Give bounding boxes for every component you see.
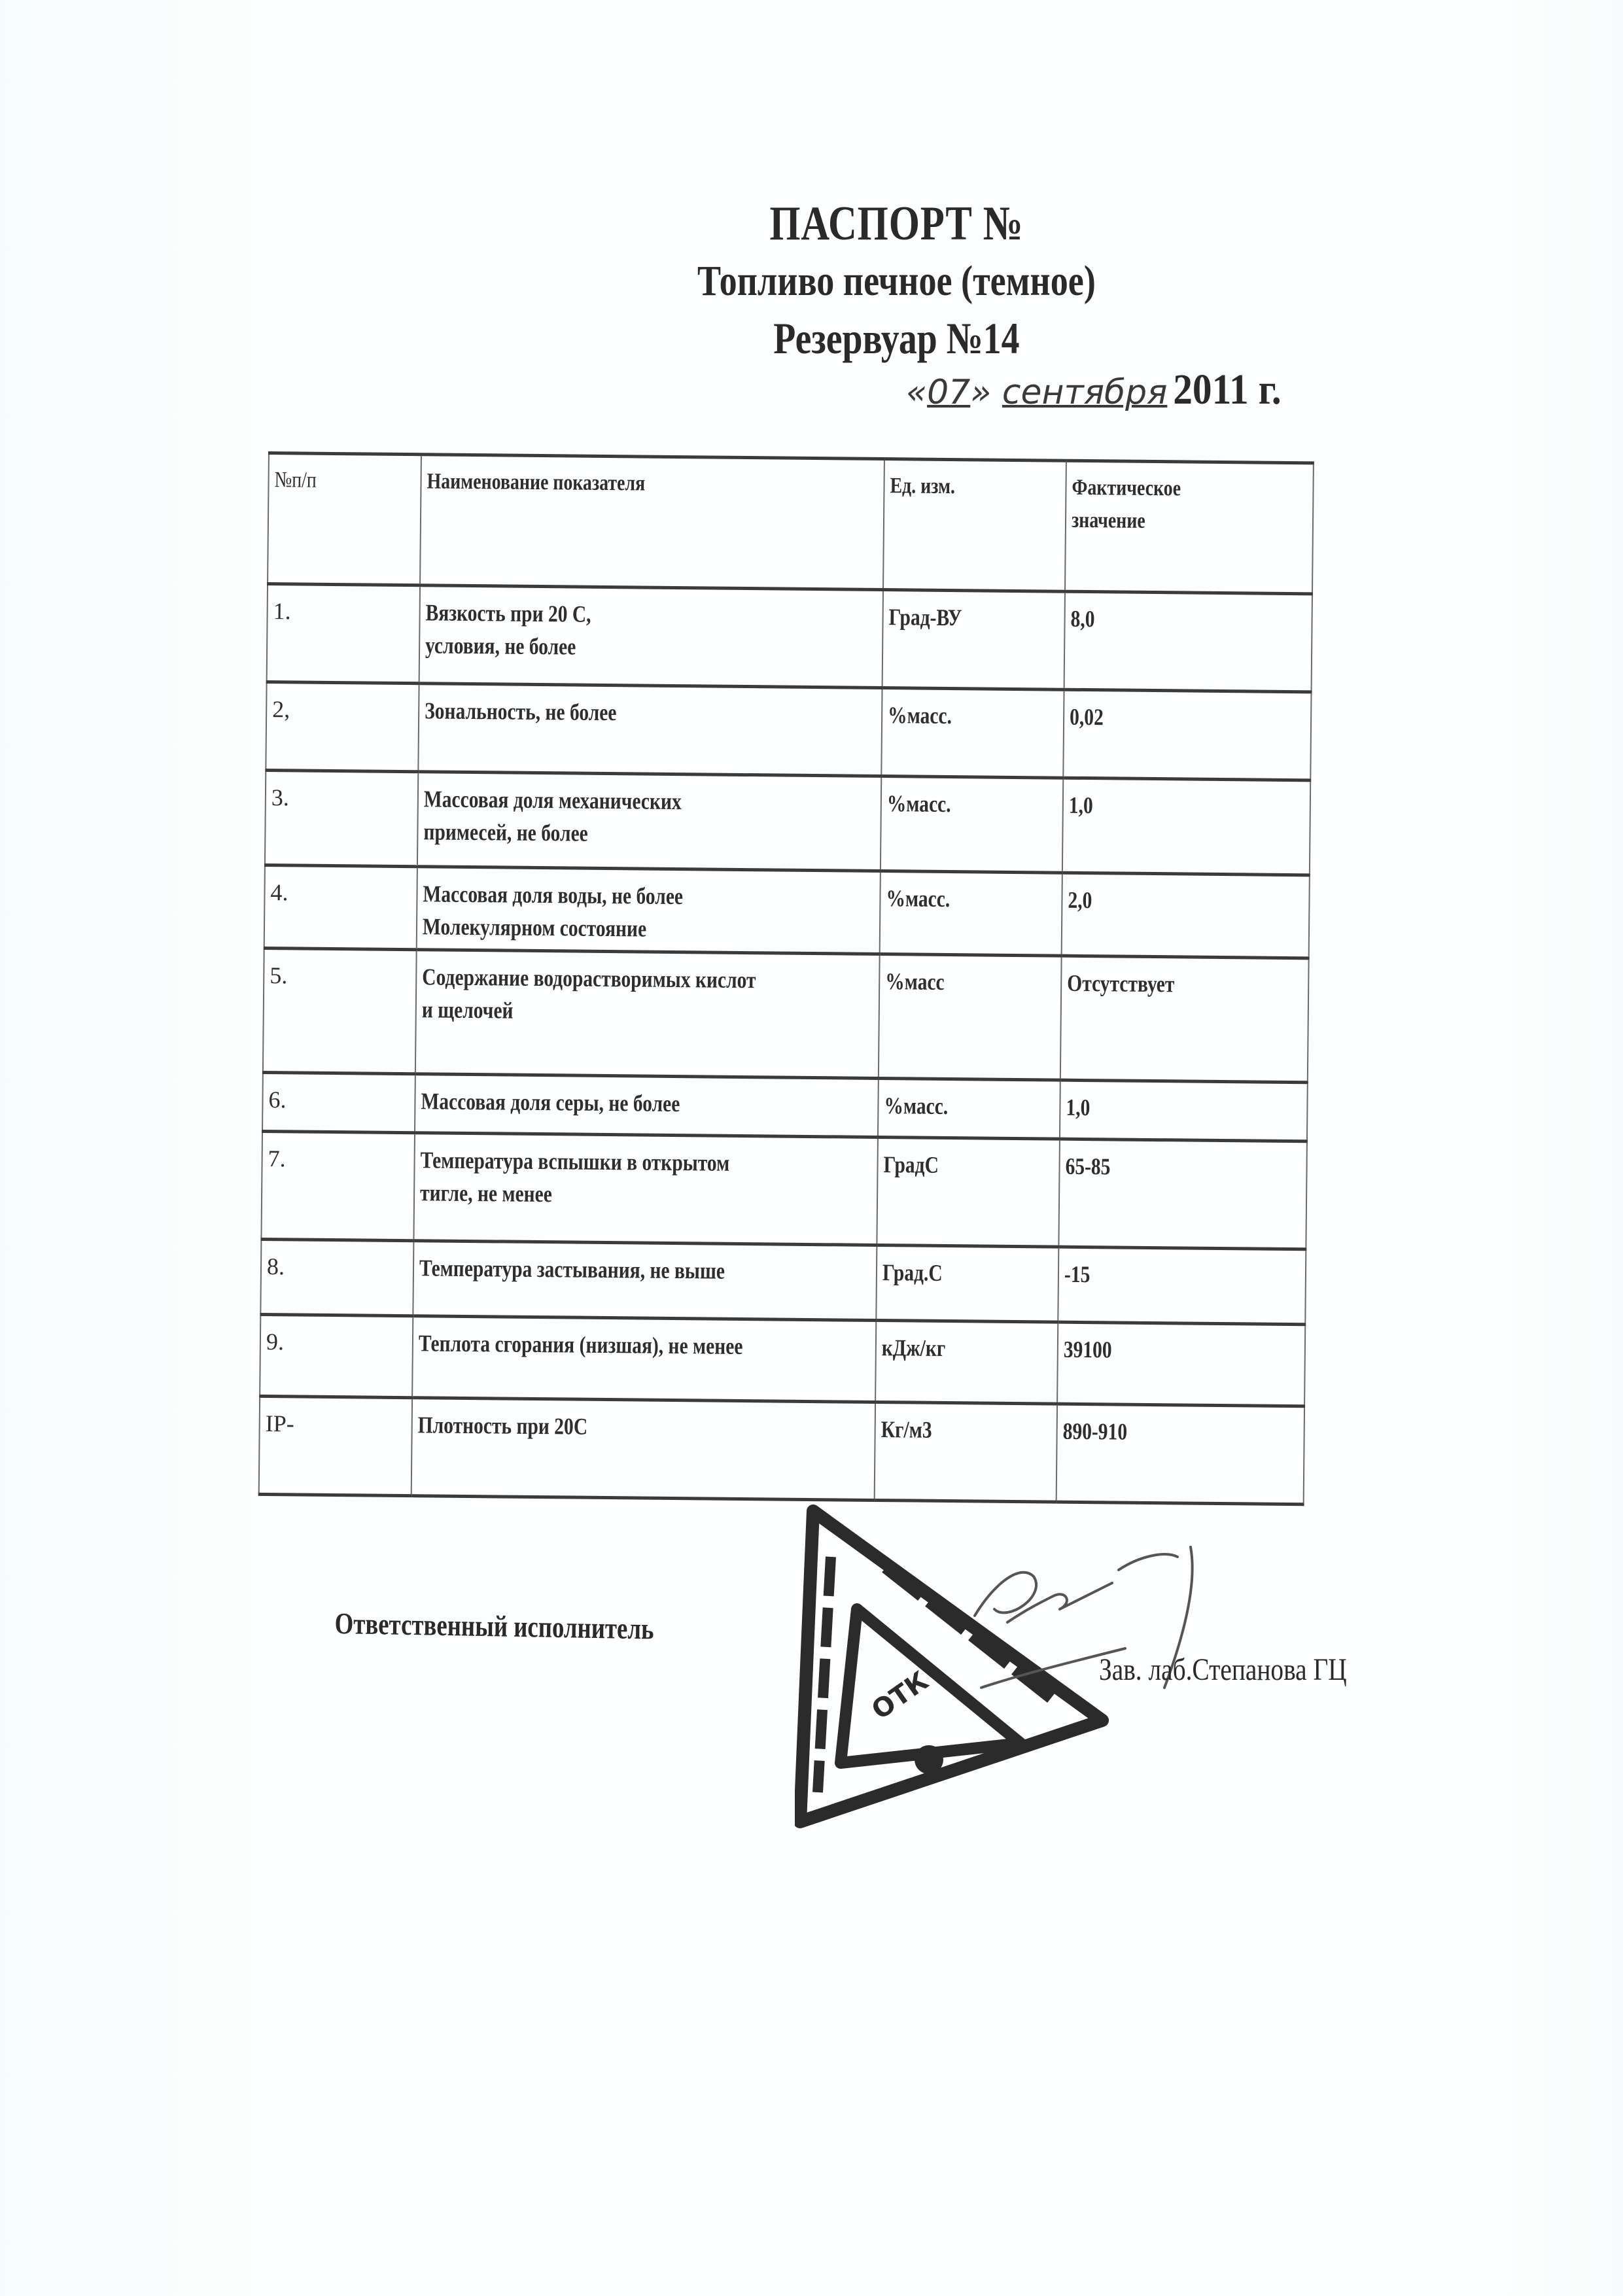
table-row: 6.Массовая доля серы, не более%масс.1,0 bbox=[262, 1072, 1308, 1141]
parameter-name: Зональность, не более bbox=[418, 684, 882, 776]
scanned-page: ПАСПОРТ № Топливо печное (темное) Резерв… bbox=[0, 0, 1623, 2296]
date-year: 2011 г. bbox=[1174, 365, 1282, 415]
parameter-name: Массовая доля воды, не болееМолекулярном… bbox=[417, 867, 881, 954]
table-row: 1.Вязкость при 20 С,условия, не болееГра… bbox=[267, 584, 1312, 692]
parameter-value: 8,0 bbox=[1064, 591, 1312, 692]
parameter-unit: %масс. bbox=[881, 688, 1064, 778]
row-number: 9. bbox=[260, 1314, 413, 1397]
parameter-unit: %масс bbox=[879, 954, 1062, 1081]
parameter-name: Температура вспышки в открытомтигле, не … bbox=[413, 1133, 878, 1245]
parameter-unit: Град-ВУ bbox=[882, 590, 1065, 690]
table-row: 2,Зональность, не более%масс.0,02 bbox=[266, 682, 1311, 780]
handwritten-signature-icon bbox=[968, 1544, 1217, 1714]
parameter-name: Массовая доля механическихпримесей, не б… bbox=[417, 772, 881, 871]
parameter-value: 65-85 bbox=[1058, 1139, 1307, 1249]
parameter-name: Содержание водорастворимых кислоти щелоч… bbox=[415, 950, 880, 1079]
parameter-name-line: Зональность, не более bbox=[425, 694, 617, 729]
parameter-name-line: Массовая доля серы, не более bbox=[421, 1085, 680, 1120]
parameters-table-wrapper: №п/п Наименование показателя Ед. изм. Фа… bbox=[258, 451, 1302, 1506]
table-row: IP-Плотность при 20СКг/м3890-910 bbox=[259, 1396, 1304, 1504]
product-name-row: Топливо печное (темное) bbox=[162, 256, 1492, 306]
parameter-name-line: условия, не более bbox=[425, 629, 576, 663]
table-header-row: №п/п Наименование показателя Ед. изм. Фа… bbox=[268, 453, 1314, 594]
parameter-unit: ГрадС bbox=[877, 1137, 1060, 1247]
row-number: 2, bbox=[266, 682, 419, 771]
parameter-unit: кДж/кг bbox=[875, 1320, 1058, 1404]
parameters-table: №п/п Наименование показателя Ед. изм. Фа… bbox=[258, 451, 1314, 1506]
parameter-name-line: Температура застывания, не выше bbox=[419, 1251, 725, 1287]
parameter-name-line: Плотность при 20С bbox=[417, 1408, 587, 1442]
row-number: 5. bbox=[263, 948, 417, 1073]
parameter-unit: %масс. bbox=[880, 871, 1062, 956]
row-number: 1. bbox=[267, 584, 420, 684]
parameter-unit: %масс. bbox=[878, 1078, 1060, 1139]
row-number: 3. bbox=[265, 770, 418, 866]
parameter-name-line: тигле, не менее bbox=[420, 1176, 552, 1210]
header-name: Наименование показателя bbox=[420, 455, 884, 590]
table-row: 4.Массовая доля воды, не болееМолекулярн… bbox=[264, 865, 1310, 958]
table-row: 7.Температура вспышки в открытомтигле, н… bbox=[261, 1131, 1307, 1249]
date-day: 07 bbox=[927, 373, 970, 412]
row-number: 4. bbox=[264, 865, 417, 949]
document-title: ПАСПОРТ № bbox=[769, 196, 1023, 252]
parameter-value: -15 bbox=[1058, 1247, 1306, 1325]
table-row: 3.Массовая доля механическихпримесей, не… bbox=[265, 770, 1310, 875]
row-number: IP- bbox=[259, 1396, 412, 1495]
parameter-name: Теплота сгорания (низшая), не менее bbox=[412, 1316, 876, 1402]
header-unit: Ед. изм. bbox=[883, 459, 1066, 592]
parameter-value: 1,0 bbox=[1062, 778, 1310, 875]
parameter-name-line: Теплота сгорания (низшая), не менее bbox=[419, 1327, 743, 1363]
date-month: сентября bbox=[1002, 373, 1168, 412]
parameter-value: 890-910 bbox=[1056, 1404, 1304, 1505]
responsible-executor-label: Ответственный исполнитель bbox=[334, 1606, 654, 1646]
row-number: 8. bbox=[260, 1239, 413, 1315]
document-title-row: ПАСПОРТ № bbox=[162, 196, 1492, 252]
date-close-quote: » bbox=[970, 373, 991, 412]
table-body: 1.Вязкость при 20 С,условия, не болееГра… bbox=[259, 584, 1312, 1505]
parameter-name-line: Молекулярном состояние bbox=[423, 910, 647, 945]
header-value: Фактическое значение bbox=[1065, 461, 1314, 594]
lab-head-signature-label: Зав. лаб.Степанова ГЦ bbox=[1099, 1652, 1347, 1688]
parameter-value: 2,0 bbox=[1062, 873, 1310, 958]
parameter-name-line: Массовая доля механических bbox=[424, 782, 682, 818]
row-number: 7. bbox=[261, 1131, 415, 1240]
parameter-name: Температура застывания, не выше bbox=[413, 1241, 877, 1321]
reservoir-number: Резервуар №14 bbox=[773, 313, 1019, 364]
parameter-name-line: Температура вспышки в открытом bbox=[420, 1143, 729, 1179]
parameter-name-line: Вязкость при 20 С, bbox=[425, 596, 591, 630]
parameter-unit: Град.С bbox=[876, 1245, 1058, 1322]
date-open-quote: « bbox=[906, 373, 927, 412]
product-name: Топливо печное (темное) bbox=[697, 256, 1096, 306]
parameter-value: 0,02 bbox=[1063, 689, 1311, 780]
parameter-name-line: Массовая доля воды, не более bbox=[423, 877, 683, 913]
parameter-value: Отсутствует bbox=[1060, 956, 1309, 1083]
reservoir-row: Резервуар №14 bbox=[162, 313, 1492, 364]
table-row: 5.Содержание водорастворимых кислоти щел… bbox=[263, 948, 1309, 1082]
parameter-name: Массовая доля серы, не более bbox=[415, 1074, 879, 1138]
row-number: 6. bbox=[262, 1072, 415, 1132]
svg-text:ОТК: ОТК bbox=[866, 1665, 934, 1726]
table-row: 8.Температура застывания, не вышеГрад.С-… bbox=[260, 1239, 1306, 1324]
parameter-name-line: примесей, не более bbox=[423, 815, 588, 849]
parameter-value: 39100 bbox=[1057, 1322, 1305, 1406]
header-num: №п/п bbox=[268, 453, 421, 585]
parameter-name: Плотность при 20С bbox=[411, 1398, 875, 1501]
parameter-value: 1,0 bbox=[1060, 1080, 1308, 1141]
parameter-name-line: и щелочей bbox=[422, 993, 514, 1026]
parameter-unit: Кг/м3 bbox=[875, 1402, 1057, 1502]
table-row: 9.Теплота сгорания (низшая), не менеекДж… bbox=[260, 1314, 1305, 1406]
parameter-name-line: Содержание водорастворимых кислот bbox=[422, 960, 756, 996]
document-date: «07» сентября2011 г. bbox=[906, 365, 1287, 415]
parameter-unit: %масс. bbox=[881, 776, 1063, 873]
parameter-name: Вязкость при 20 С,условия, не более bbox=[419, 585, 883, 688]
